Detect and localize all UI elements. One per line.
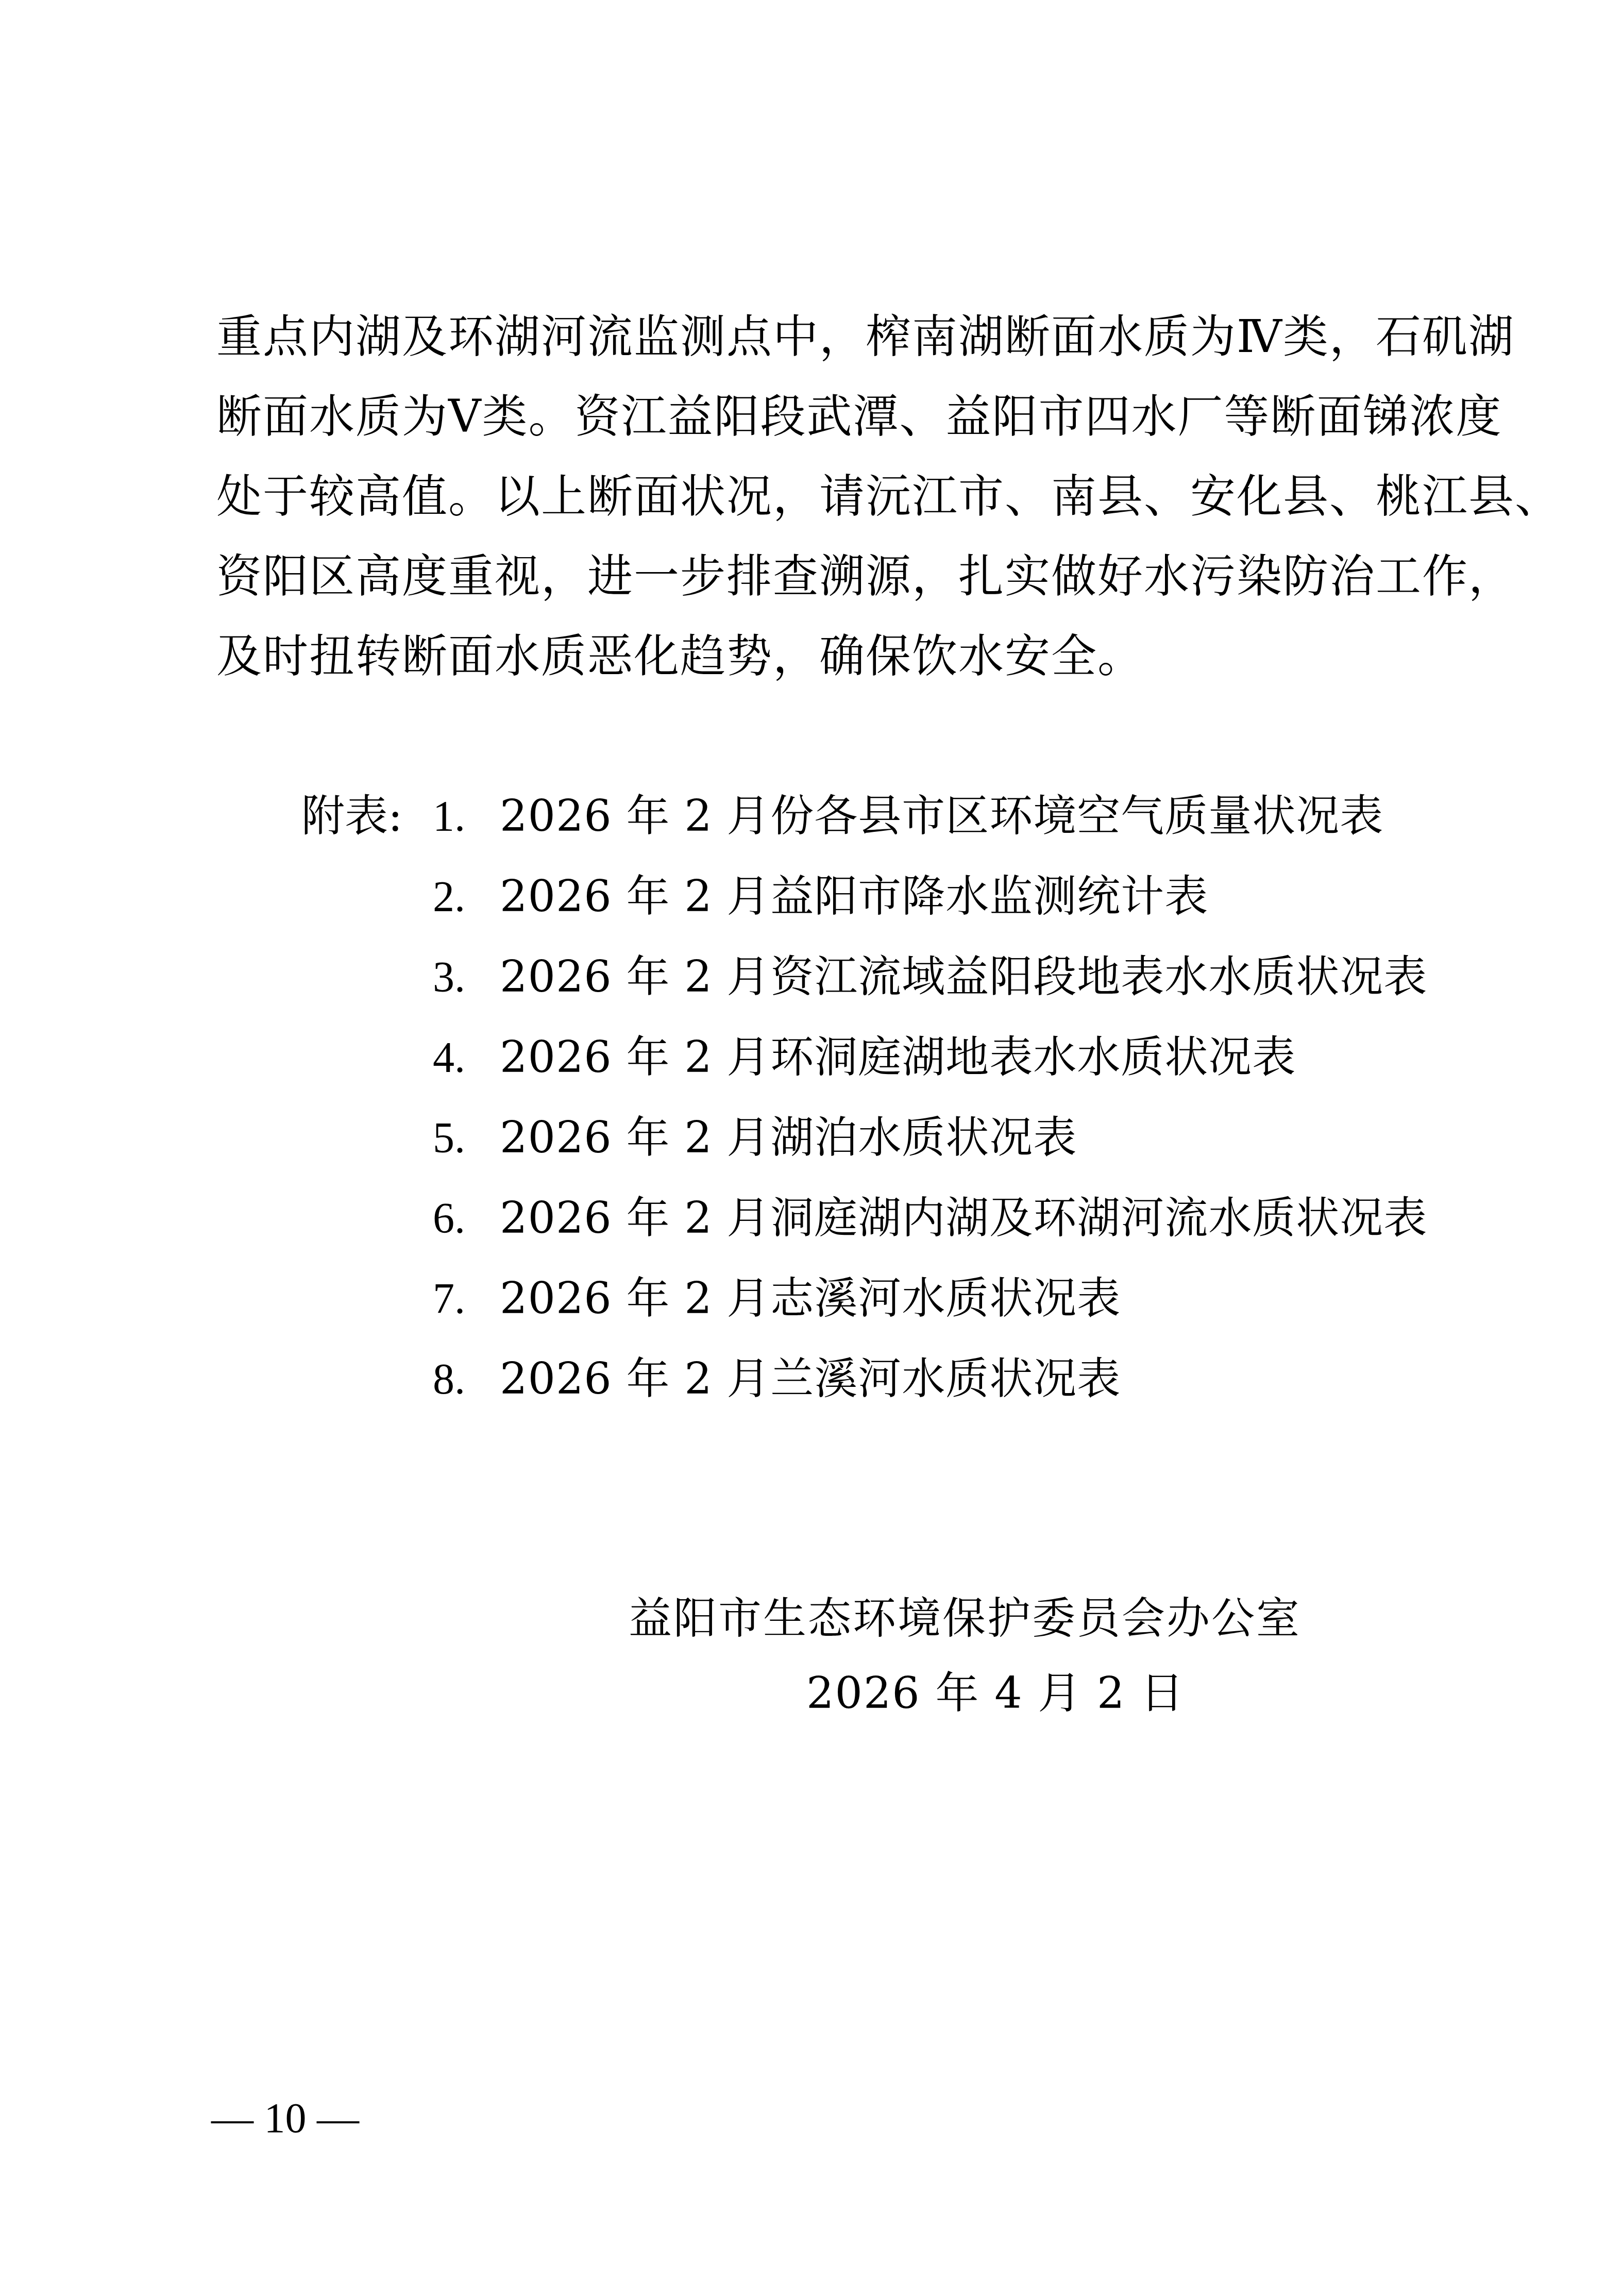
document-page: 重点内湖及环湖河流监测点中，榨南湖断面水质为Ⅳ类，石矶湖 断面水质为Ⅴ类。资江益… (0, 0, 1623, 2296)
attachment-number: 2. (433, 857, 500, 937)
attachment-item: 3. 2026 年 2 月资江流域益阳段地表水水质状况表 (301, 936, 1486, 1017)
page-number: — 10 — (211, 2090, 359, 2147)
attachment-list: 附表: 1. 2026 年 2 月份各县市区环境空气质量状况表 2. 2026 … (301, 776, 1486, 1419)
signature-block: 益阳市生态环境保护委员会办公室 2026 年 4 月 2 日 (629, 1585, 1350, 1652)
attachment-number: 8. (433, 1339, 500, 1420)
attachment-number: 3. (433, 937, 500, 1018)
attachment-item: 7. 2026 年 2 月志溪河水质状况表 (301, 1258, 1486, 1338)
attachment-title: 2026 年 2 月份各县市区环境空气质量状况表 (500, 776, 1383, 856)
issue-date: 2026 年 4 月 2 日 (806, 1660, 1185, 1727)
body-line: 及时扭转断面水质恶化趋势，确保饮水安全。 (216, 616, 1432, 696)
attachment-number: 7. (433, 1259, 500, 1339)
attachment-item: 4. 2026 年 2 月环洞庭湖地表水水质状况表 (301, 1017, 1486, 1097)
attachment-title: 2026 年 2 月志溪河水质状况表 (500, 1258, 1121, 1338)
attachment-title: 2026 年 2 月资江流域益阳段地表水水质状况表 (500, 936, 1427, 1017)
body-line: 断面水质为Ⅴ类。资江益阳段武潭、益阳市四水厂等断面锑浓度 (216, 376, 1432, 456)
attachment-title: 2026 年 2 月环洞庭湖地表水水质状况表 (500, 1017, 1296, 1097)
attachment-label: 附表: (301, 776, 433, 856)
attachment-item: 5. 2026 年 2 月湖泊水质状况表 (301, 1097, 1486, 1178)
attachment-item: 2. 2026 年 2 月益阳市降水监测统计表 (301, 856, 1486, 936)
attachment-title: 2026 年 2 月湖泊水质状况表 (500, 1097, 1077, 1178)
body-line: 处于较高值。以上断面状况，请沅江市、南县、安化县、桃江县、 (216, 456, 1432, 536)
attachment-title: 2026 年 2 月益阳市降水监测统计表 (500, 856, 1208, 936)
attachment-number: 5. (433, 1098, 500, 1179)
body-line: 资阳区高度重视，进一步排查溯源，扎实做好水污染防治工作， (216, 536, 1432, 616)
attachment-item: 附表: 1. 2026 年 2 月份各县市区环境空气质量状况表 (301, 776, 1486, 856)
attachment-number: 4. (433, 1018, 500, 1098)
attachment-item: 8. 2026 年 2 月兰溪河水质状况表 (301, 1338, 1486, 1419)
issuing-organization: 益阳市生态环境保护委员会办公室 (629, 1585, 1350, 1652)
attachment-number: 6. (433, 1179, 500, 1259)
attachment-number: 1. (433, 777, 500, 857)
body-line: 重点内湖及环湖河流监测点中，榨南湖断面水质为Ⅳ类，石矶湖 (216, 296, 1432, 376)
attachment-title: 2026 年 2 月洞庭湖内湖及环湖河流水质状况表 (500, 1178, 1427, 1258)
attachment-item: 6. 2026 年 2 月洞庭湖内湖及环湖河流水质状况表 (301, 1178, 1486, 1258)
body-paragraph: 重点内湖及环湖河流监测点中，榨南湖断面水质为Ⅳ类，石矶湖 断面水质为Ⅴ类。资江益… (216, 296, 1432, 696)
attachment-title: 2026 年 2 月兰溪河水质状况表 (500, 1338, 1121, 1419)
